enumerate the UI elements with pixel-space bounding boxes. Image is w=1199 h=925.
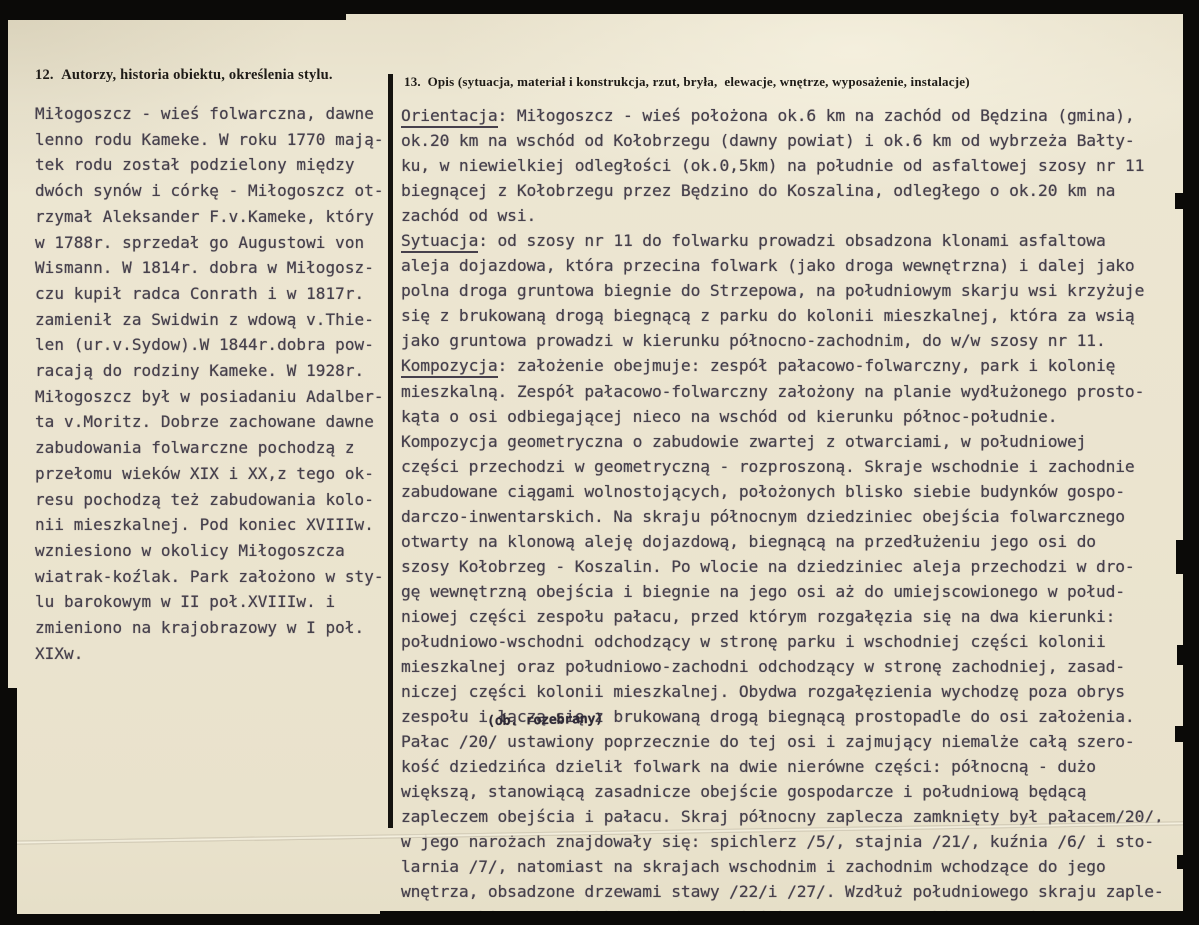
typed-line: niczej części kolonii mieszkalnej. Obydw… <box>401 679 1183 704</box>
typed-line: mieszkalną. Zespół pałacowo-folwarczny z… <box>401 379 1183 404</box>
typed-line: Miłogoszcz był w posiadaniu Adalber- <box>35 384 387 410</box>
scan-border-right <box>1183 0 1199 925</box>
typed-line: Kompozycja: założenie obejmuje: zespół p… <box>401 353 1183 378</box>
typed-line: wnętrza, obsadzone drzewami stawy /22/i … <box>401 879 1183 904</box>
typed-line: resu pochodzą też zabudowania kolo- <box>35 487 387 513</box>
scan-border-top-left-step <box>0 0 346 20</box>
typed-line: aleja dojazdowa, która przecina folwark … <box>401 253 1183 278</box>
typed-line: dwóch synów i córkę - Miłogoszcz ot- <box>35 178 387 204</box>
section-12-title: Autorzy, historia obiektu, określenia st… <box>61 67 333 83</box>
typed-line: ok.20 km na wschód od Kołobrzegu (dawny … <box>401 128 1183 153</box>
typed-line: ta v.Moritz. Dobrze zachowane dawne <box>35 409 387 435</box>
typed-line: części przechodzi w geometryczną - rozpr… <box>401 454 1183 479</box>
typed-line: Sytuacja: od szosy nr 11 do folwarku pro… <box>401 228 1183 253</box>
typed-line: len (ur.v.Sydow).W 1844r.dobra pow- <box>35 332 387 358</box>
scan-edge-artifact <box>1176 540 1184 574</box>
typed-line: ku, w niewielkiej odległości (ok.0,5km) … <box>401 153 1183 178</box>
typed-line: lu barokowym w II poł.XVIIIw. i <box>35 589 387 615</box>
section-13-title: Opis (sytuacja, materiał i konstrukcja, … <box>428 74 970 89</box>
typed-line: Pałac /20/ ustawiony poprzecznie do tej … <box>401 729 1183 754</box>
typed-line: czu kupił radca Conrath i w 1817r. <box>35 281 387 307</box>
typed-line: jako gruntowa prowadzi w kierunku północ… <box>401 328 1183 353</box>
typed-line: Miłogoszcz - wieś folwarczna, dawne <box>35 101 387 127</box>
typed-line: tek rodu został podzielony między <box>35 152 387 178</box>
typed-line: rzymał Aleksander F.v.Kameke, który <box>35 204 387 230</box>
typed-line: szosy Kołobrzeg - Koszalin. Po wlocie na… <box>401 554 1183 579</box>
section-12-number: 12. <box>35 67 54 83</box>
section-12-typed-text: Miłogoszcz - wieś folwarczna, dawnelenno… <box>35 101 387 666</box>
column-divider-rule <box>388 74 393 828</box>
section-13-header: 13. Opis (sytuacja, materiał i konstrukc… <box>404 74 970 90</box>
typed-line: w 1788r. sprzedał go Augustowi von <box>35 230 387 256</box>
typed-line: większą, stanowiącą zasadnicze obejście … <box>401 779 1183 804</box>
typed-line: nii mieszkalnej. Pod koniec XVIIIw. <box>35 512 387 538</box>
scan-edge-artifact <box>1175 193 1184 209</box>
underlined-label: Kompozycja <box>401 356 498 378</box>
typed-line: polna droga gruntowa biegnie do Strzepow… <box>401 278 1183 303</box>
section-12-header: 12. Autorzy, historia obiektu, określeni… <box>35 67 333 84</box>
typed-line: przełomu wieków XIX i XX,z tego ok- <box>35 461 387 487</box>
section-13-typed-text: Orientacja: Miłogoszcz - wieś położona o… <box>401 103 1183 925</box>
scan-edge-artifact <box>1177 645 1184 665</box>
typed-line: zachód od wsi. <box>401 203 1183 228</box>
typed-line: Kompozycja geometryczna o zabudowie zwar… <box>401 429 1183 454</box>
typed-line: Orientacja: Miłogoszcz - wieś położona o… <box>401 103 1183 128</box>
handwritten-annotation: (ob. rozebrany) <box>487 711 603 729</box>
typed-line: darczo-inwentarskich. Na skraju północny… <box>401 504 1183 529</box>
typed-line: zmieniono na krajobrazowy w I poł. <box>35 615 387 641</box>
scan-edge-artifact <box>1177 855 1184 869</box>
typed-line: XIXw. <box>35 641 387 667</box>
typed-line: lenno rodu Kameke. W roku 1770 mają- <box>35 127 387 153</box>
typed-line: zabudowane ciągami wolnostojących, położ… <box>401 479 1183 504</box>
typed-line: larnia /7/, natomiast na skrajach wschod… <box>401 854 1183 879</box>
typed-line: kąta o osi odbiegającej nieco na wschód … <box>401 404 1183 429</box>
typed-line: zabudowania folwarczne pochodzą z <box>35 435 387 461</box>
document-scan: 12. Autorzy, historia obiektu, określeni… <box>0 0 1199 925</box>
underlined-label: Orientacja <box>401 106 498 128</box>
scan-border-bottom-right <box>380 911 1199 925</box>
typed-line: się z brukowaną drogą biegnącą z parku d… <box>401 303 1183 328</box>
typed-line: racają do rodziny Kameke. W 1928r. <box>35 358 387 384</box>
typed-line: otwarty na klonową aleję dojazdową, bieg… <box>401 529 1183 554</box>
typed-line: wiatrak-koźlak. Park założono w sty- <box>35 564 387 590</box>
typed-line: gę wewnętrzną obejścia i biegnie na jego… <box>401 579 1183 604</box>
typed-line: zamienił za Swidwin z wdową v.Thie- <box>35 307 387 333</box>
underlined-label: Sytuacja <box>401 231 478 253</box>
typed-line: niowej części zespołu pałacu, przed któr… <box>401 604 1183 629</box>
typed-line: Wismann. W 1814r. dobra w Miłogosz- <box>35 255 387 281</box>
section-13-number: 13. <box>404 74 421 89</box>
typed-line: mieszkalnej oraz południowo-zachodni odc… <box>401 654 1183 679</box>
typed-line: wzniesiono w okolicy Miłogoszcza <box>35 538 387 564</box>
scan-border-left-lower <box>0 688 17 925</box>
typed-line: kość dziedzińca dzielił folwark na dwie … <box>401 754 1183 779</box>
typed-line: biegnącej z Kołobrzegu przez Będzino do … <box>401 178 1183 203</box>
scan-edge-artifact <box>1175 726 1184 742</box>
typed-line: południowo-wschodni odchodzący w stronę … <box>401 629 1183 654</box>
